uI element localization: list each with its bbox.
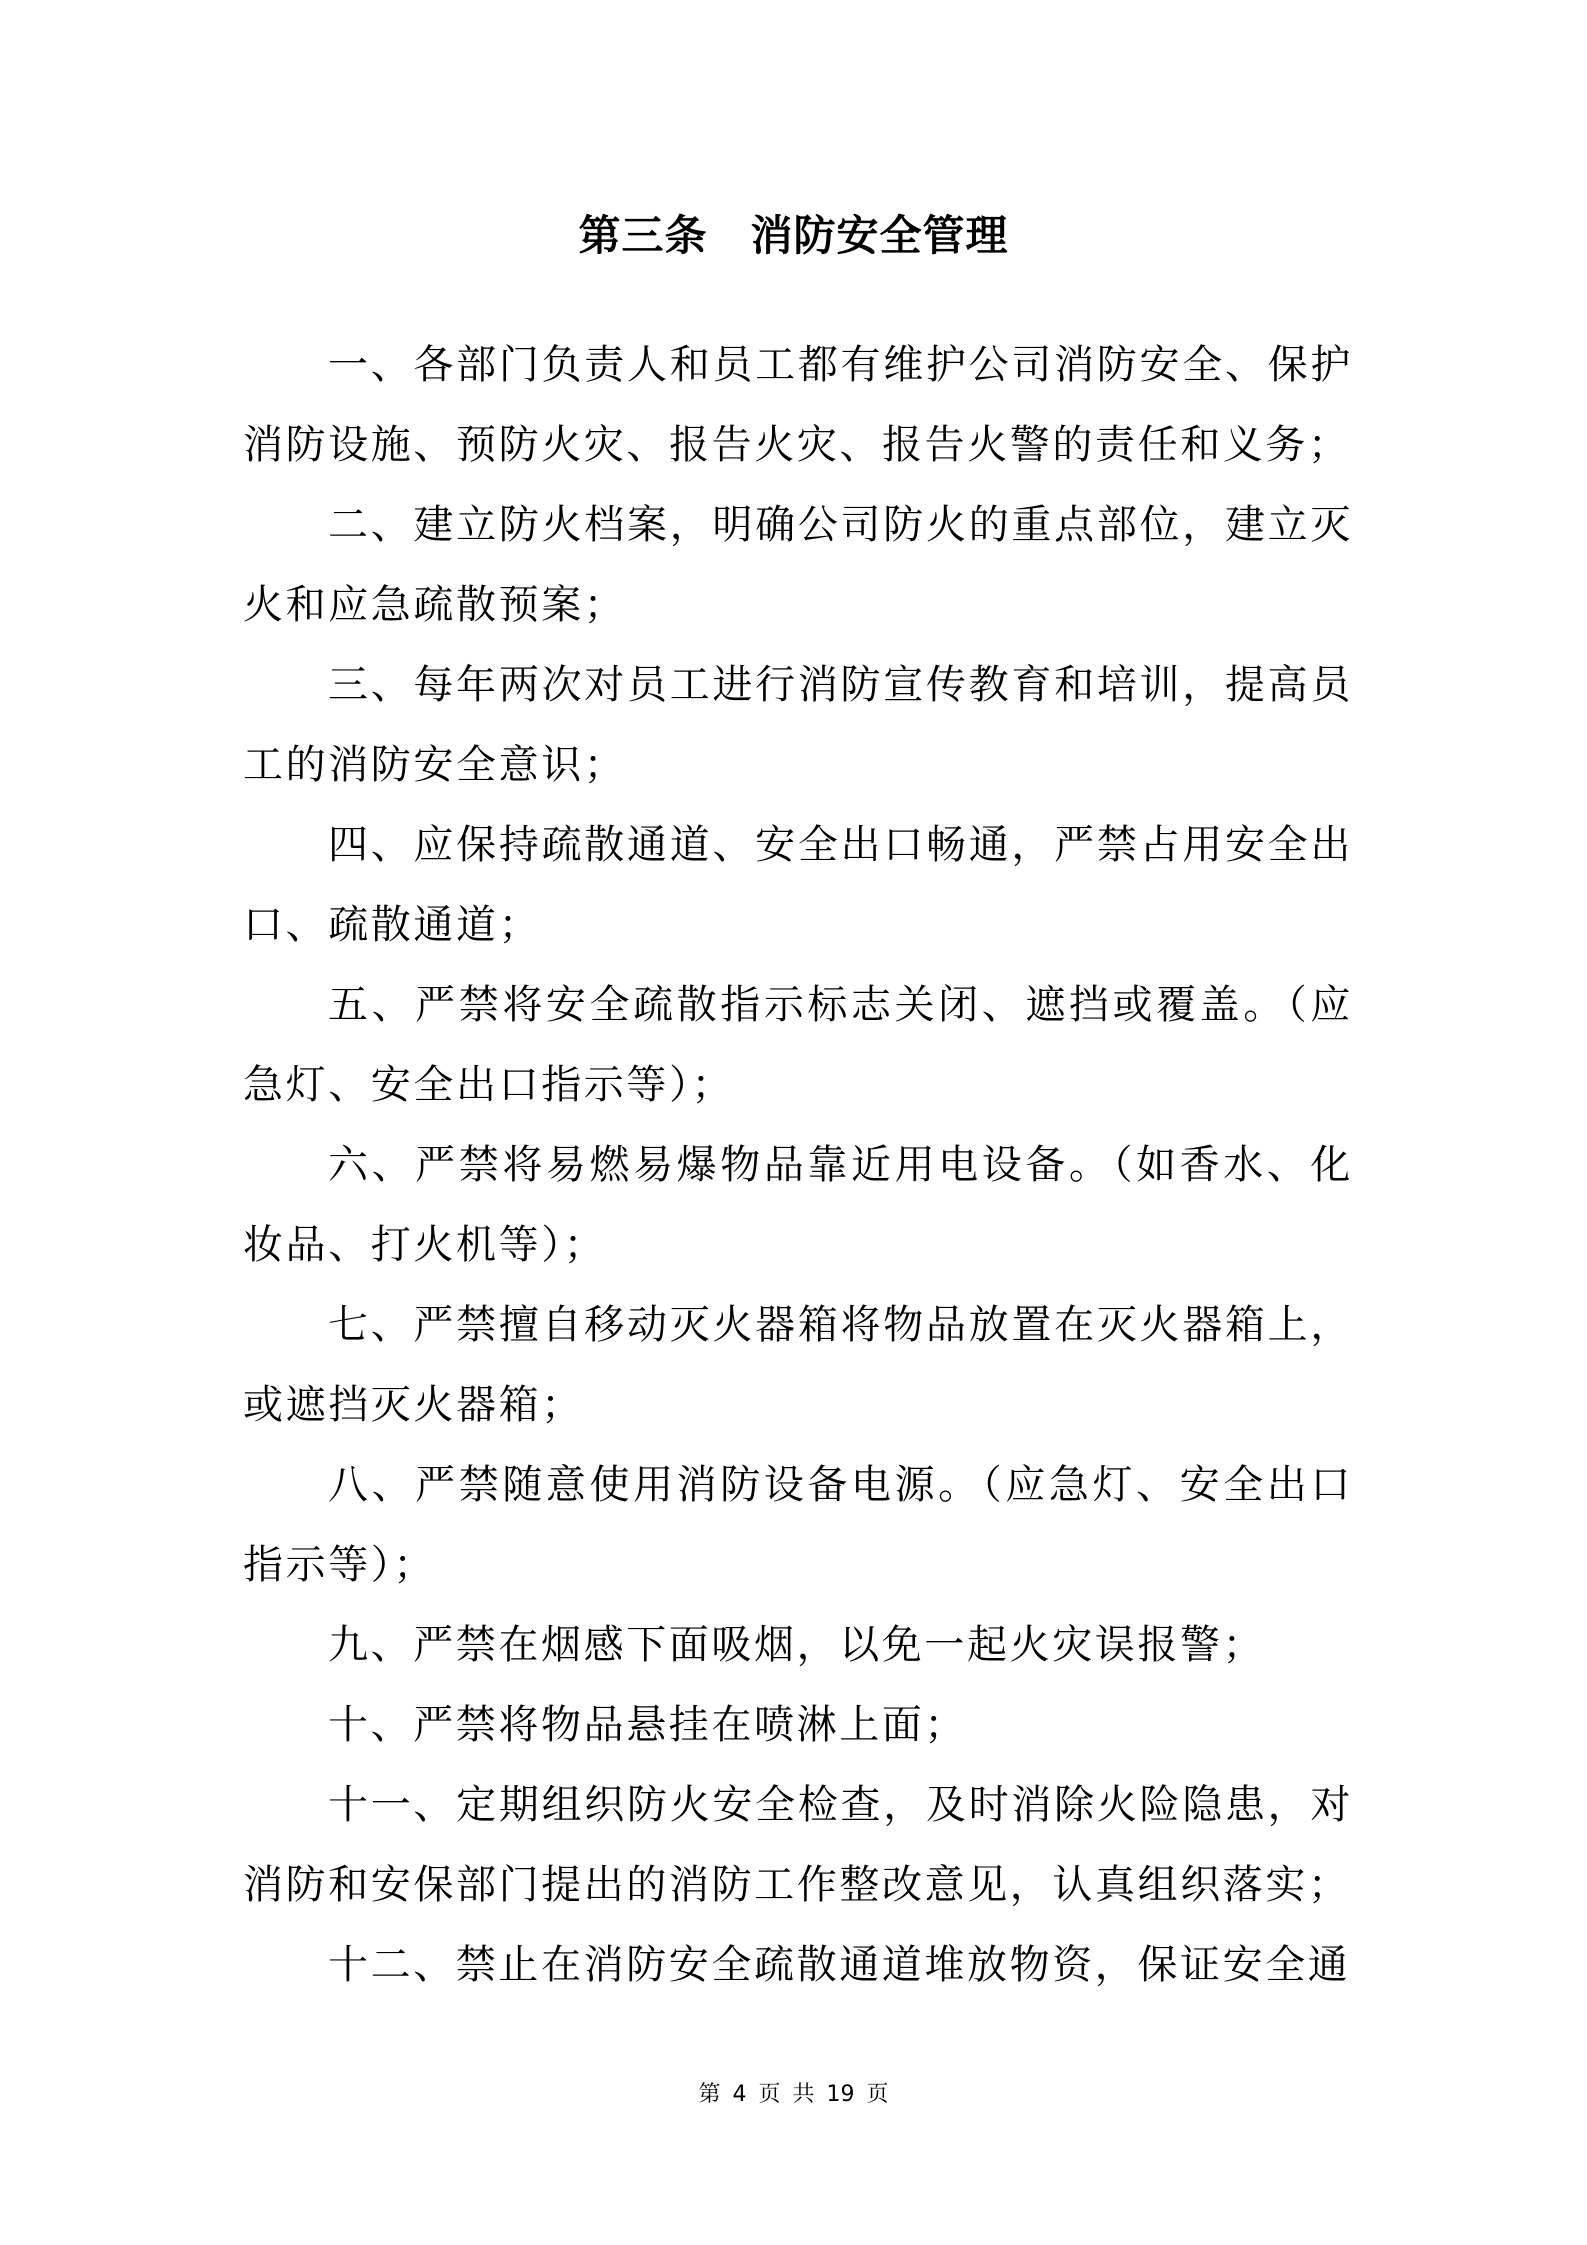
- clause-9: 九、严禁在烟感下面吸烟，以免一起火灾误报警；: [243, 1605, 1353, 1685]
- clause-4: 四、应保持疏散通道、安全出口畅通，严禁占用安全出口、疏散通道；: [243, 805, 1353, 965]
- clause-6: 六、严禁将易燃易爆物品靠近用电设备。（如香水、化妆品、打火机等）；: [243, 1125, 1353, 1285]
- clause-3: 三、每年两次对员工进行消防宣传教育和培训，提高员工的消防安全意识；: [243, 645, 1353, 805]
- document-page: 第三条 消防安全管理 一、各部门负责人和员工都有维护公司消防安全、保护消防设施、…: [0, 0, 1587, 2245]
- clause-12: 十二、禁止在消防安全疏散通道堆放物资，保证安全通: [243, 1925, 1353, 2005]
- clause-11: 十一、定期组织防火安全检查，及时消除火险隐患，对消防和安保部门提出的消防工作整改…: [243, 1765, 1353, 1925]
- footer-total-suffix: 页: [867, 2082, 889, 2107]
- clause-8: 八、严禁随意使用消防设备电源。（应急灯、安全出口指示等）；: [243, 1445, 1353, 1605]
- clause-7: 七、严禁擅自移动灭火器箱将物品放置在灭火器箱上，或遮挡灭火器箱；: [243, 1285, 1353, 1445]
- clause-1: 一、各部门负责人和员工都有维护公司消防安全、保护消防设施、预防火灾、报告火灾、报…: [243, 325, 1353, 485]
- footer-total-prefix: 共: [793, 2082, 815, 2107]
- total-pages-number: 19: [827, 2082, 855, 2107]
- clause-5: 五、严禁将安全疏散指示标志关闭、遮挡或覆盖。（应急灯、安全出口指示等）；: [243, 965, 1353, 1125]
- section-title: 第三条 消防安全管理: [0, 206, 1587, 266]
- section-body: 一、各部门负责人和员工都有维护公司消防安全、保护消防设施、预防火灾、报告火灾、报…: [243, 325, 1353, 2005]
- clause-10: 十、严禁将物品悬挂在喷淋上面；: [243, 1685, 1353, 1765]
- clause-2: 二、建立防火档案，明确公司防火的重点部位，建立灭火和应急疏散预案；: [243, 485, 1353, 645]
- footer-prefix: 第: [698, 2082, 720, 2107]
- current-page-number: 4: [732, 2082, 746, 2107]
- footer-page-word: 页: [758, 2082, 780, 2107]
- page-footer: 第4页共19页: [0, 2080, 1587, 2110]
